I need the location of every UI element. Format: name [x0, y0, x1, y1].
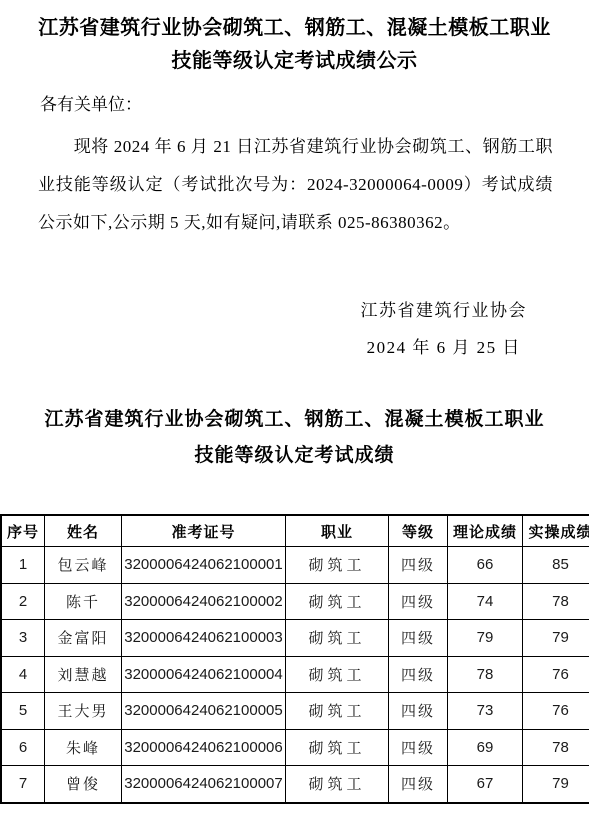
table-row: 5王大男3200006424062100005砌筑工四级7376	[1, 693, 589, 730]
table-row: 1包云峰3200006424062100001砌筑工四级6685	[1, 547, 589, 584]
table-cell: 3200006424062100005	[122, 693, 286, 730]
table-head: 序号姓名准考证号职业等级理论成绩实操成绩	[1, 515, 589, 547]
body-paragraph: 现将 2024 年 6 月 21 日江苏省建筑行业协会砌筑工、钢筋工职业技能等级…	[38, 128, 553, 242]
table-cell: 4	[1, 656, 45, 693]
column-header: 准考证号	[122, 515, 286, 547]
table-cell: 2	[1, 583, 45, 620]
table-cell: 1	[1, 547, 45, 584]
table-cell: 79	[523, 620, 589, 657]
salutation: 各有关单位：	[40, 94, 589, 116]
table-cell: 砌筑工	[286, 766, 389, 803]
table-header-row: 序号姓名准考证号职业等级理论成绩实操成绩	[1, 515, 589, 547]
table-cell: 砌筑工	[286, 693, 389, 730]
table-cell: 76	[523, 656, 589, 693]
table-cell: 7	[1, 766, 45, 803]
table-row: 2陈千3200006424062100002砌筑工四级7478	[1, 583, 589, 620]
table-cell: 3	[1, 620, 45, 657]
table-row: 4刘慧越3200006424062100004砌筑工四级7876	[1, 656, 589, 693]
column-header: 姓名	[45, 515, 122, 547]
table-row: 3金富阳3200006424062100003砌筑工四级7979	[1, 620, 589, 657]
table-cell: 67	[448, 766, 523, 803]
table-body: 1包云峰3200006424062100001砌筑工四级66852陈千32000…	[1, 547, 589, 803]
results-table: 序号姓名准考证号职业等级理论成绩实操成绩 1包云峰320000642406210…	[0, 514, 589, 804]
table-cell: 3200006424062100002	[122, 583, 286, 620]
table-cell: 砌筑工	[286, 656, 389, 693]
table-row: 6朱峰3200006424062100006砌筑工四级6978	[1, 729, 589, 766]
document-title: 江苏省建筑行业协会砌筑工、钢筋工、混凝土模板工职业技能等级认定考试成绩公示	[30, 12, 559, 78]
column-header: 序号	[1, 515, 45, 547]
table-cell: 79	[523, 766, 589, 803]
table-cell: 3200006424062100001	[122, 547, 286, 584]
signature-date: 2024 年 6 月 25 日	[361, 329, 528, 366]
table-cell: 66	[448, 547, 523, 584]
table-cell: 砌筑工	[286, 583, 389, 620]
column-header: 实操成绩	[523, 515, 589, 547]
table-cell: 四级	[389, 620, 448, 657]
table-cell: 73	[448, 693, 523, 730]
table-cell: 四级	[389, 547, 448, 584]
table-cell: 78	[523, 729, 589, 766]
table-cell: 砌筑工	[286, 620, 389, 657]
column-header: 职业	[286, 515, 389, 547]
table-cell: 金富阳	[45, 620, 122, 657]
document-page: 江苏省建筑行业协会砌筑工、钢筋工、混凝土模板工职业技能等级认定考试成绩公示 各有…	[0, 0, 589, 822]
table-cell: 砌筑工	[286, 547, 389, 584]
table-cell: 3200006424062100003	[122, 620, 286, 657]
table-cell: 76	[523, 693, 589, 730]
table-cell: 69	[448, 729, 523, 766]
table-cell: 朱峰	[45, 729, 122, 766]
column-header: 等级	[389, 515, 448, 547]
table-cell: 74	[448, 583, 523, 620]
table-cell: 3200006424062100004	[122, 656, 286, 693]
results-table-title: 江苏省建筑行业协会砌筑工、钢筋工、混凝土模板工职业技能等级认定考试成绩	[38, 402, 551, 474]
table-cell: 四级	[389, 656, 448, 693]
table-cell: 四级	[389, 766, 448, 803]
table-cell: 四级	[389, 583, 448, 620]
table-cell: 刘慧越	[45, 656, 122, 693]
table-cell: 85	[523, 547, 589, 584]
table-cell: 四级	[389, 693, 448, 730]
signature-org: 江苏省建筑行业协会	[361, 292, 528, 329]
table-cell: 包云峰	[45, 547, 122, 584]
table-row: 7曾俊3200006424062100007砌筑工四级6779	[1, 766, 589, 803]
table-cell: 79	[448, 620, 523, 657]
table-cell: 78	[448, 656, 523, 693]
signature-block: 江苏省建筑行业协会 2024 年 6 月 25 日	[361, 292, 528, 366]
table-cell: 王大男	[45, 693, 122, 730]
table-cell: 78	[523, 583, 589, 620]
table-cell: 四级	[389, 729, 448, 766]
table-cell: 6	[1, 729, 45, 766]
table-cell: 3200006424062100007	[122, 766, 286, 803]
table-cell: 砌筑工	[286, 729, 389, 766]
table-cell: 陈千	[45, 583, 122, 620]
table-cell: 曾俊	[45, 766, 122, 803]
table-cell: 3200006424062100006	[122, 729, 286, 766]
column-header: 理论成绩	[448, 515, 523, 547]
table-cell: 5	[1, 693, 45, 730]
